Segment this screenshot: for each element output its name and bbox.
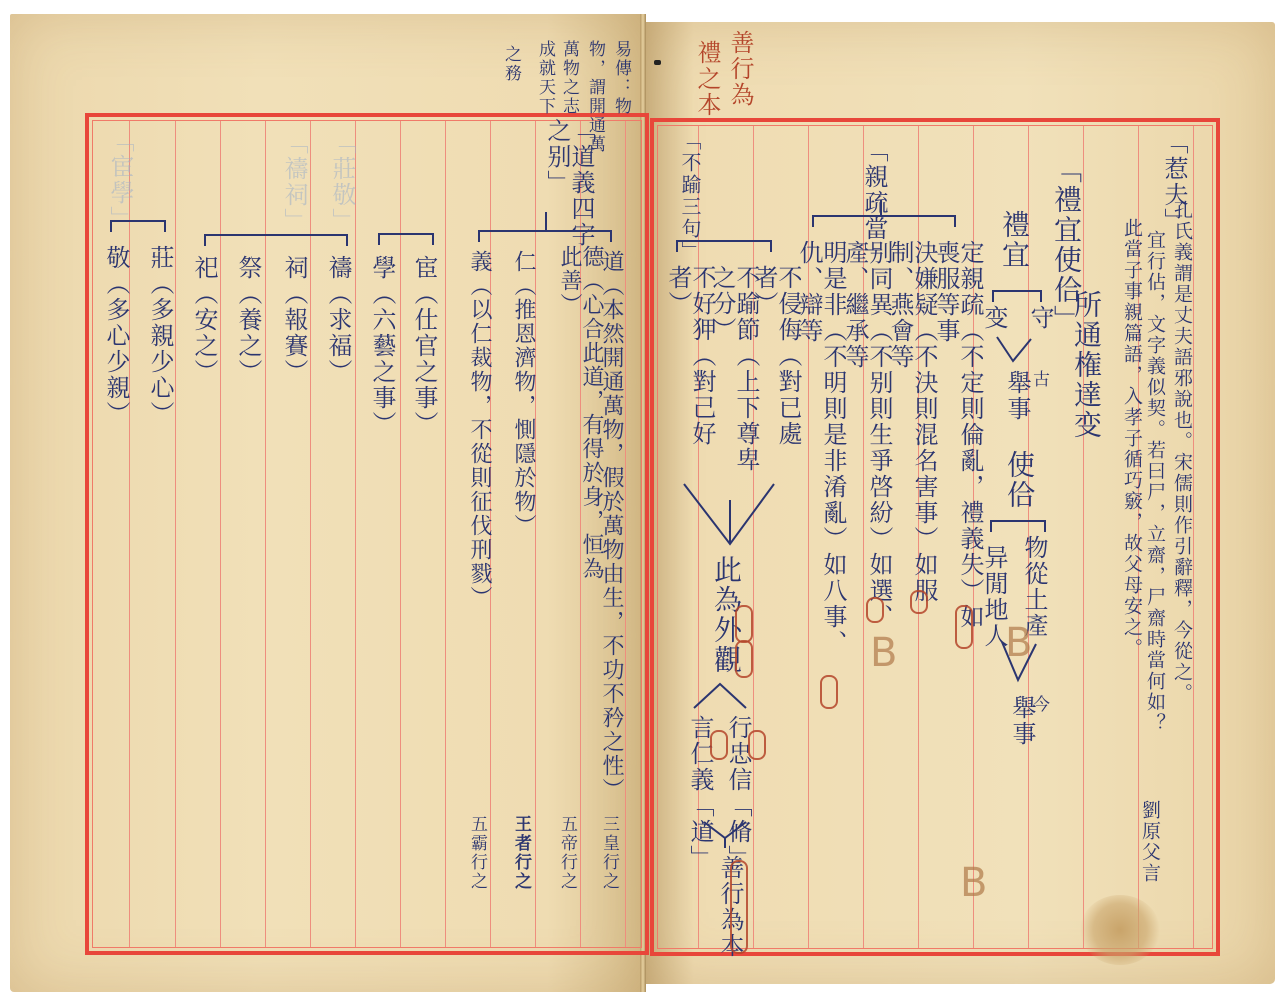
branch-bian: 变 (982, 305, 1006, 331)
item-ming-shi-fei: 明是非（不明則是非淆亂）如八事、仇、辯等 (797, 240, 845, 660)
item-xue: 學（六藝之事） (370, 255, 394, 455)
merge-ju-shi-ancient: 舉事 (1005, 370, 1029, 422)
top-note-line-3: 萬物之志 (560, 40, 577, 116)
red-annotation-shan-xing: 善行為 (728, 30, 752, 108)
column-rule (1193, 126, 1194, 948)
branch-shou: 守 (1028, 305, 1052, 331)
column-rule (355, 121, 356, 947)
top-note-line-4: 成就天下 (536, 40, 553, 116)
item-jue-xian-yi: 決嫌疑（不決則混名害事）如服制、燕會等 (888, 240, 936, 630)
red-emphasis-mark (735, 640, 753, 678)
item-bu-yu-jie: 不踰節（上下尊卑之分） (710, 265, 758, 495)
column-rule (625, 121, 626, 947)
margin-mark-b: B (960, 860, 987, 906)
top-note-line-5: 之務 (502, 45, 519, 83)
bracket (378, 233, 434, 245)
phrase-tong-quan-da-bian: 所通権達变 (1072, 290, 1100, 440)
item-bie-tong-yi: 别同異（不别則生爭啓紛）如選、產、繼承等 (843, 240, 891, 660)
item-yi: 義（以仁裁物，不從則征伐刑戮） (468, 250, 490, 610)
note-wu-ba: 五霸行之 (468, 815, 485, 891)
item-zhuang: 莊（多親少心） (148, 245, 172, 445)
merge-icon (700, 818, 750, 848)
commentary-column-3: 此當子事親篇語，入孝子循巧竅，故父母安之。 (1122, 218, 1141, 678)
margin-mark-b: B (870, 630, 897, 676)
note-wang-zhe: 王者行之 (512, 815, 529, 891)
branch-yi-jian-di-ren: 异閒地人 (982, 545, 1006, 649)
item-ding-qin-shu: 定親疏（不定則倫亂，禮義失）如喪服等事 (934, 240, 982, 630)
commentary-column-2: 宜行佔，文字義似契。若曰尸，立齋，尸齋時當何如？ (1145, 230, 1164, 790)
item-jing: 敬（多心少親） (104, 245, 128, 445)
red-emphasis-mark (730, 860, 748, 954)
diagram-root-li-yi: 禮宜 (1000, 210, 1028, 270)
merge-arrow-icon (680, 480, 780, 550)
red-emphasis-mark (955, 605, 973, 649)
item-ci: 祠（報賽） (282, 255, 306, 415)
top-note-line-1: 易傳：物 (612, 40, 629, 116)
connector (880, 200, 882, 216)
split-icon (690, 680, 750, 710)
commentary-liu-yuanfu: 劉原父言 (1140, 800, 1159, 884)
red-emphasis-mark (820, 675, 838, 709)
item-de: 德（心合此道，有得於身，恒為此善） (558, 245, 602, 585)
bleed-through-text: 「禱祠」 (282, 130, 306, 234)
bracket (204, 234, 348, 246)
diagram-root-shi-su: 使佮 (1005, 450, 1033, 510)
red-emphasis-mark (748, 730, 766, 760)
column-rule (1083, 126, 1084, 948)
margin-mark-b: B (1005, 620, 1032, 666)
bracket (990, 520, 1046, 532)
red-emphasis-mark (866, 597, 884, 623)
column-rule (445, 121, 446, 947)
ink-stain (1080, 895, 1160, 965)
note-san-huang: 三皇行之 (600, 815, 617, 891)
item-ji: 祭（養之） (236, 255, 260, 415)
note-wu-di: 五帝行之 (558, 815, 575, 891)
bleed-through-text: 「宦學」 (108, 128, 132, 232)
bracket (992, 290, 1042, 302)
red-emphasis-mark (735, 605, 753, 643)
merge-arrow-icon (995, 335, 1035, 365)
note-modern: 今 (1030, 695, 1047, 714)
heading-dao-yi-si-zi-zhi-bie: 「道義四字之别」 (545, 118, 593, 248)
item-bu-hao-xia: 不好狎（對己好者） (666, 265, 714, 485)
note-ancient: 古 (1030, 370, 1047, 389)
commentary-column-1: 孔氏義謂是丈夫語邪說也。宋儒則作引辭釋，今從之。 (1172, 200, 1191, 780)
item-ren: 仁（推恩濟物，惻隱於物） (512, 250, 534, 550)
connector (545, 212, 547, 232)
red-emphasis-mark (910, 590, 928, 614)
bleed-through-text: 「莊敬」 (330, 130, 354, 234)
red-annotation-li-zhi-ben: 禮之本 (695, 40, 719, 118)
item-dao-prayer: 禱（求福） (326, 255, 350, 415)
item-si: 祀（安之） (192, 255, 216, 415)
red-emphasis-mark (710, 730, 728, 760)
ink-dot (654, 60, 661, 65)
bracket (812, 215, 956, 227)
bracket (478, 230, 612, 242)
bracket (676, 240, 772, 252)
item-huan: 宦（仕官之事） (412, 255, 436, 455)
column-rule (175, 121, 176, 947)
